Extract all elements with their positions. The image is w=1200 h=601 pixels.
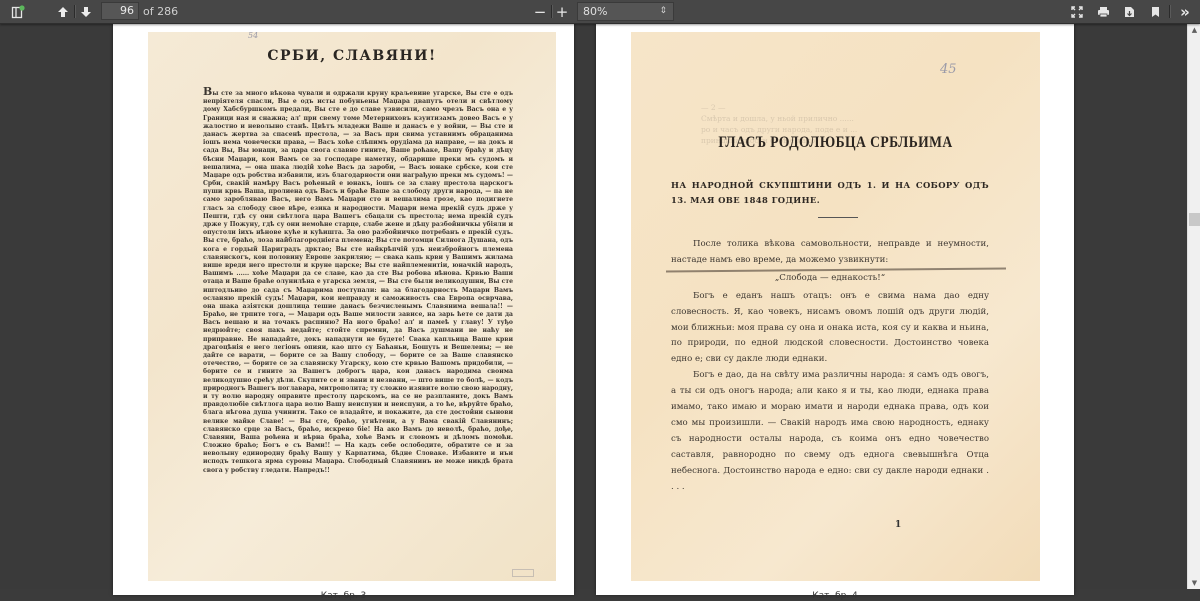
scroll-down-arrow-icon[interactable]: ▼ (1188, 577, 1200, 589)
printer-icon (1097, 6, 1110, 18)
presentation-mode-button[interactable] (1068, 2, 1086, 22)
double-chevron-right-icon: » (1180, 3, 1190, 21)
fullscreen-icon (1071, 6, 1083, 18)
pencil-mark: 54 (248, 32, 258, 40)
print-button[interactable] (1094, 2, 1112, 22)
title-divider (818, 217, 858, 218)
scanned-document-right: — 2 —Смѣрта и дошла, у ньой прилично ...… (631, 32, 1040, 581)
drop-cap: В (203, 85, 212, 98)
document-title: ГЛАСЪ РОДОЛЮБЦА СРБЛЬИМА (662, 134, 1010, 152)
slogan: „Слобода — еднакость!“ (671, 271, 989, 287)
minus-icon: − (534, 3, 547, 21)
toolbar-separator (1169, 5, 1170, 18)
page-count-label: of 286 (143, 5, 178, 18)
document-subtitle: НА НАРОДНОЙ СКУПШТИНИ ОДЪ 1. И НА СОБОРУ… (671, 178, 989, 208)
document-body: После толика вѣкова самовольности, непра… (671, 237, 989, 496)
next-page-button[interactable] (78, 2, 94, 22)
zoom-out-button[interactable]: − (533, 2, 547, 22)
previous-page-button[interactable] (55, 2, 71, 22)
paragraph: Богъ е дао, да на свѣту има различны нар… (671, 368, 989, 495)
pdf-page-right: — 2 —Смѣрта и дошла, у ньой прилично ...… (596, 20, 1074, 589)
save-button[interactable] (1120, 2, 1138, 22)
archive-stamp (512, 569, 534, 577)
arrow-down-icon (80, 6, 92, 18)
pencil-mark: 45 (940, 62, 957, 77)
select-arrows-icon: ⇕ (659, 3, 667, 20)
zoom-level-select[interactable]: 80% ⇕ (577, 2, 674, 21)
pdf-toolbar: 96 of 286 − + 80% ⇕ » (0, 0, 1200, 24)
pdf-page-left: 54 СРБИ, СЛАВЯНИ! Вы сте за много вѣкова… (113, 20, 574, 589)
scanned-document-left: 54 СРБИ, СЛАВЯНИ! Вы сте за много вѣкова… (148, 32, 556, 581)
sidebar-icon (11, 5, 25, 19)
zoom-in-button[interactable]: + (555, 2, 569, 22)
toolbar-separator (551, 5, 552, 18)
printed-page-number: 1 (895, 520, 901, 530)
page-number-input[interactable]: 96 (101, 2, 139, 20)
download-document-icon (1124, 6, 1135, 18)
more-tools-button[interactable]: » (1176, 2, 1194, 22)
bookmark-icon (1151, 6, 1160, 18)
plus-icon: + (556, 3, 569, 21)
scroll-up-arrow-icon[interactable]: ▲ (1188, 24, 1200, 36)
scrollbar-thumb[interactable] (1189, 213, 1200, 226)
sidebar-toggle-button[interactable] (8, 2, 28, 22)
toolbar-separator (74, 5, 75, 18)
document-viewer[interactable]: 54 СРБИ, СЛАВЯНИ! Вы сте за много вѣкова… (0, 24, 1187, 589)
vertical-scrollbar[interactable]: ▲ ▼ (1187, 24, 1200, 589)
document-title: СРБИ, СЛАВЯНИ! (148, 48, 556, 64)
bookmark-button[interactable] (1146, 2, 1164, 22)
zoom-level-value: 80% (583, 5, 607, 18)
body-text: ы сте за много вѣкова чували и одржали к… (203, 90, 513, 474)
paragraph: Богъ е еданъ нашъ отацъ: онъ е свима нам… (671, 289, 989, 369)
document-body: Вы сте за много вѣкова чували и одржали … (203, 88, 513, 475)
arrow-up-icon (57, 6, 69, 18)
paragraph: После толика вѣкова самовольности, непра… (671, 237, 989, 269)
